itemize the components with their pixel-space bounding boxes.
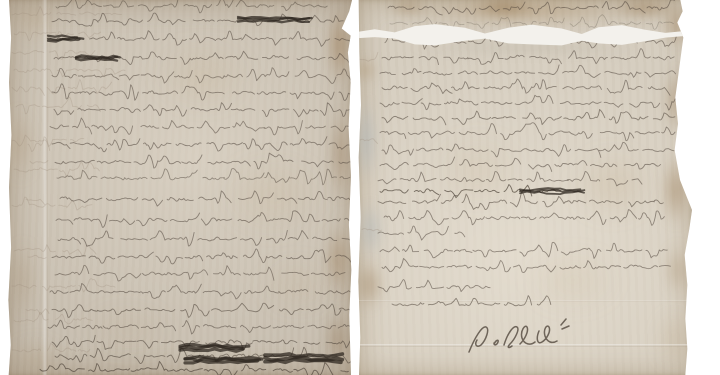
handwriting-line bbox=[58, 230, 351, 246]
handwriting-line bbox=[382, 49, 674, 65]
handwriting-line bbox=[57, 169, 350, 185]
handwriting-line bbox=[380, 157, 661, 172]
handwriting-line bbox=[56, 0, 327, 13]
handwriting-line bbox=[52, 303, 352, 317]
showthrough-writing bbox=[14, 312, 92, 323]
handwriting-line bbox=[382, 110, 675, 125]
handwriting-line bbox=[378, 226, 465, 240]
handwriting-line bbox=[50, 283, 352, 299]
ink-strikeout bbox=[180, 349, 243, 351]
handwriting-line bbox=[378, 280, 490, 292]
handwriting-line bbox=[378, 171, 642, 186]
handwriting-line bbox=[378, 193, 663, 210]
showthrough-writing bbox=[14, 68, 125, 76]
left-page-handwriting bbox=[8, 0, 352, 375]
handwriting-line bbox=[55, 153, 352, 169]
handwriting-line bbox=[50, 118, 351, 135]
handwriting-line bbox=[392, 296, 551, 306]
handwriting-line bbox=[380, 242, 667, 258]
showthrough-writing bbox=[28, 137, 50, 152]
left-page bbox=[8, 0, 352, 375]
showthrough-writing bbox=[14, 245, 96, 257]
showthrough-writing bbox=[360, 52, 378, 61]
ink-strikeout bbox=[238, 20, 309, 22]
showthrough-writing bbox=[26, 309, 49, 315]
manuscript-photo bbox=[0, 0, 720, 375]
handwriting-line bbox=[55, 265, 345, 281]
right-page-handwriting bbox=[358, 0, 692, 375]
ink-strikeout bbox=[185, 361, 257, 363]
handwriting-line bbox=[380, 123, 675, 141]
showthrough-writing bbox=[28, 255, 46, 258]
showthrough-writing bbox=[12, 344, 90, 352]
showthrough-writing bbox=[12, 80, 112, 96]
handwriting-line bbox=[48, 320, 351, 334]
handwriting-line bbox=[384, 210, 664, 226]
showthrough-writing bbox=[12, 197, 92, 210]
right-page bbox=[358, 0, 692, 375]
showthrough-writing bbox=[16, 97, 100, 114]
showthrough-writing bbox=[12, 135, 84, 146]
ink-strikeout bbox=[265, 359, 341, 362]
handwriting-line bbox=[380, 95, 675, 110]
handwriting-line bbox=[56, 211, 352, 227]
handwriting-line bbox=[382, 142, 674, 157]
showthrough-writing bbox=[362, 229, 381, 231]
handwriting-line bbox=[382, 259, 670, 273]
handwriting-line bbox=[52, 137, 352, 152]
handwriting-line bbox=[382, 79, 670, 95]
handwriting-line bbox=[60, 191, 352, 206]
ink-strikeout bbox=[520, 191, 584, 194]
showthrough-writing bbox=[360, 139, 378, 144]
handwriting-line bbox=[52, 249, 351, 264]
showthrough-writing bbox=[12, 279, 115, 292]
handwriting-line bbox=[380, 65, 676, 78]
handwriting-line bbox=[54, 103, 352, 117]
signature-flourish bbox=[469, 319, 569, 352]
showthrough-writing bbox=[30, 161, 48, 164]
showthrough-writing bbox=[12, 7, 121, 16]
handwriting-line bbox=[388, 0, 675, 15]
